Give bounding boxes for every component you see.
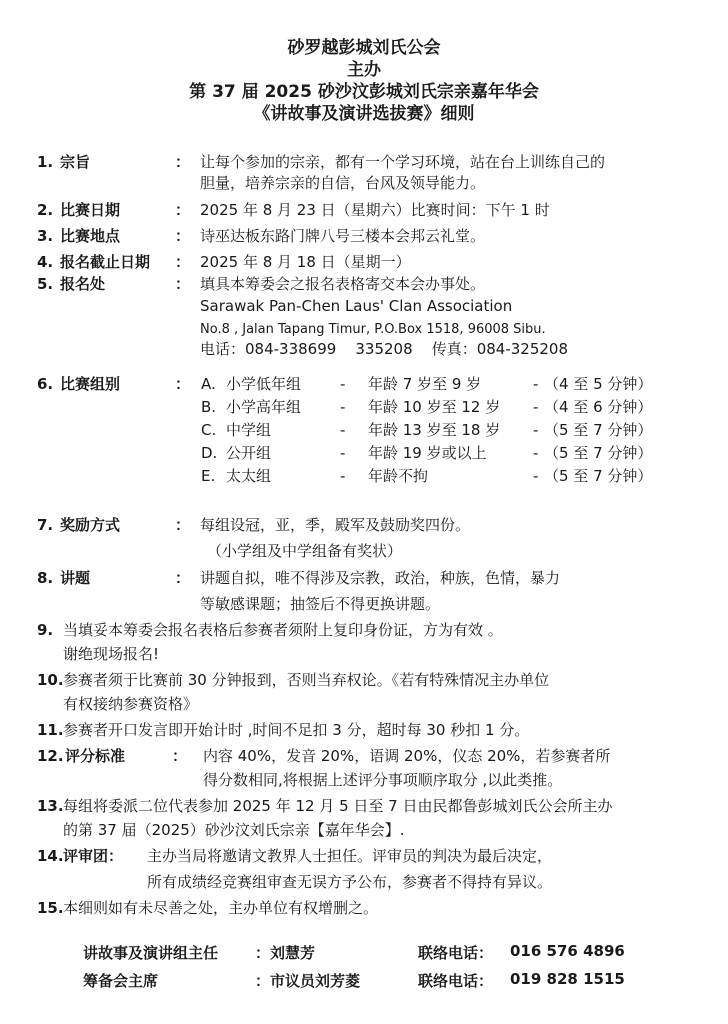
group-age: 年龄不拘	[368, 466, 428, 486]
rule-text: 有权接纳参赛资格》	[63, 695, 198, 713]
rule-colon: ：	[175, 515, 190, 535]
rule-number: 3.	[37, 226, 53, 246]
rule-text: 所有成绩经竞赛组审查无误方予公布，参赛者不得持有异议。	[147, 873, 552, 891]
group-code: A.	[201, 374, 216, 394]
rule-text: 当填妥本筹委会报名表格后参赛者须附上复印身份证，方为有效 。	[63, 620, 503, 640]
rule-label: 比赛日期	[60, 200, 120, 220]
rule-text: 等敏感课题；抽签后不得更换讲题。	[200, 594, 440, 614]
rule-number: 9.	[37, 620, 53, 640]
group-dash: -	[340, 374, 345, 394]
rule-colon: ：	[175, 568, 190, 588]
rule-text: 胆量，培养宗亲的自信，台风及领导能力。	[200, 173, 485, 193]
contact-colon: ：	[255, 942, 270, 963]
rule-text: 每组设冠，亚，季，殿军及鼓励奖四份。	[200, 515, 470, 535]
group-name: 中学组	[226, 420, 271, 440]
group-code: E.	[201, 466, 215, 486]
rule-text: 谢绝现场报名!	[63, 645, 159, 663]
group-time: （5 至 7 分钟）	[544, 443, 652, 463]
rule-text: 的第 37 届（2025）砂沙汶刘氏宗亲【嘉年华会】.	[63, 821, 405, 839]
rule-label: 比赛地点	[60, 226, 120, 246]
rule-text: 本细则如有未尽善之处，主办单位有权增删之。	[63, 898, 378, 918]
organizer-name: 砂罗越彭城刘氏公会	[0, 37, 728, 59]
rule-label: 报名截止日期	[60, 252, 150, 272]
rule-number: 8.	[37, 568, 53, 588]
rule-label: 讲题	[60, 568, 90, 588]
rule-text: 得分数相同,将根据上述评分事项顺序取分 ,以此类推。	[203, 771, 562, 789]
rule-colon: ：	[172, 746, 187, 766]
rule-note: （小学组及中学组备有奖状）	[207, 541, 402, 561]
group-dash: -	[340, 397, 345, 417]
rule-number: 13.	[37, 796, 64, 816]
rule-label: 宗旨	[60, 152, 90, 172]
document-title: 《讲故事及演讲选拔赛》细则	[0, 103, 728, 125]
rule-number: 5.	[37, 274, 53, 294]
rule-number: 4.	[37, 252, 53, 272]
rule-text: 填具本筹委会之报名表格寄交本会办事处。	[200, 274, 485, 294]
group-dash: -	[533, 374, 538, 394]
group-time: （4 至 5 分钟）	[544, 374, 652, 394]
group-dash: -	[533, 466, 538, 486]
contact-colon: ：	[255, 970, 270, 991]
rule-colon: ：	[175, 152, 190, 172]
rule-colon: ：	[175, 200, 190, 220]
group-name: 公开组	[226, 443, 271, 463]
group-name: 小学高年组	[226, 397, 301, 417]
rule-label: 评分标准	[65, 746, 125, 766]
rule-label: 奖励方式	[60, 515, 120, 535]
rule-colon: ：	[175, 252, 190, 272]
association-phone: 电话：084-338699 335208 传真：084-325208	[200, 339, 568, 359]
contact-phone: 019 828 1515	[510, 970, 625, 988]
rule-colon: ：	[175, 274, 190, 294]
rule-number: 1.	[37, 152, 53, 172]
rule-colon: ：	[175, 374, 190, 394]
rule-number: 10.	[37, 670, 64, 690]
rule-label: 报名处	[60, 274, 105, 294]
rule-label: 评审团：	[63, 846, 123, 866]
rule-number: 15.	[37, 898, 64, 918]
rule-number: 11.	[37, 720, 64, 740]
rule-text: 让每个参加的宗亲，都有一个学习环境，站在台上训练自己的	[200, 152, 605, 172]
rule-text: 2025 年 8 月 23 日（星期六）比赛时间：下午 1 时	[200, 200, 550, 220]
rule-text: 参赛者开口发言即开始计时 ,时间不足扣 3 分，超时每 30 秒扣 1 分。	[63, 720, 529, 740]
event-title: 第 37 届 2025 砂沙汶彭城刘氏宗亲嘉年华会	[0, 81, 728, 103]
contact-phone-label: 联络电话：	[418, 942, 493, 963]
group-dash: -	[340, 466, 345, 486]
contact-role: 筹备会主席	[83, 970, 158, 991]
group-code: D.	[201, 443, 217, 463]
rule-label: 比赛组别	[60, 374, 120, 394]
group-dash: -	[533, 420, 538, 440]
rule-number: 6.	[37, 374, 53, 394]
rule-text: 内容 40%，发音 20%，语调 20%，仪态 20%，若参赛者所	[203, 746, 610, 766]
contact-phone-label: 联络电话：	[418, 970, 493, 991]
group-code: B.	[201, 397, 216, 417]
group-age: 年龄 10 岁至 12 岁	[368, 397, 500, 417]
contact-name: 市议员刘芳菱	[270, 970, 360, 991]
association-name: Sarawak Pan-Chen Laus' Clan Association	[200, 296, 512, 316]
rule-number: 14.	[37, 846, 64, 866]
group-age: 年龄 19 岁或以上	[368, 443, 487, 463]
rule-number: 12.	[37, 746, 64, 766]
rule-text: 讲题自拟，唯不得涉及宗教，政治，种族，色情，暴力	[200, 568, 560, 588]
contact-role: 讲故事及演讲组主任	[83, 942, 218, 963]
group-name: 小学低年组	[226, 374, 301, 394]
contact-phone: 016 576 4896	[510, 942, 625, 960]
rule-text: 每组将委派二位代表参加 2025 年 12 月 5 日至 7 日由民都鲁彭城刘氏…	[63, 796, 613, 816]
rule-number: 7.	[37, 515, 53, 535]
rule-text: 诗巫达板东路门牌八号三楼本会邦云礼堂。	[200, 226, 485, 246]
rule-colon: ：	[175, 226, 190, 246]
group-age: 年龄 7 岁至 9 岁	[368, 374, 481, 394]
group-age: 年龄 13 岁至 18 岁	[368, 420, 500, 440]
group-time: （5 至 7 分钟）	[544, 420, 652, 440]
rule-text: 2025 年 8 月 18 日（星期一）	[200, 252, 411, 272]
group-dash: -	[533, 397, 538, 417]
rule-number: 2.	[37, 200, 53, 220]
rule-text: 主办当局将邀请文教界人士担任。评审员的判决为最后决定，	[147, 846, 552, 866]
group-time: （4 至 6 分钟）	[544, 397, 652, 417]
group-dash: -	[340, 420, 345, 440]
group-time: （5 至 7 分钟）	[544, 466, 652, 486]
association-address: No.8 , Jalan Tapang Timur, P.O.Box 1518,…	[200, 320, 546, 340]
group-dash: -	[340, 443, 345, 463]
group-name: 太太组	[226, 466, 271, 486]
contact-name: 刘慧芳	[270, 942, 315, 963]
organizer-role: 主办	[0, 59, 728, 81]
group-code: C.	[201, 420, 216, 440]
rule-text: 参赛者须于比赛前 30 分钟报到，否则当弃权论。《若有特殊情况主办单位	[63, 670, 549, 690]
group-dash: -	[533, 443, 538, 463]
